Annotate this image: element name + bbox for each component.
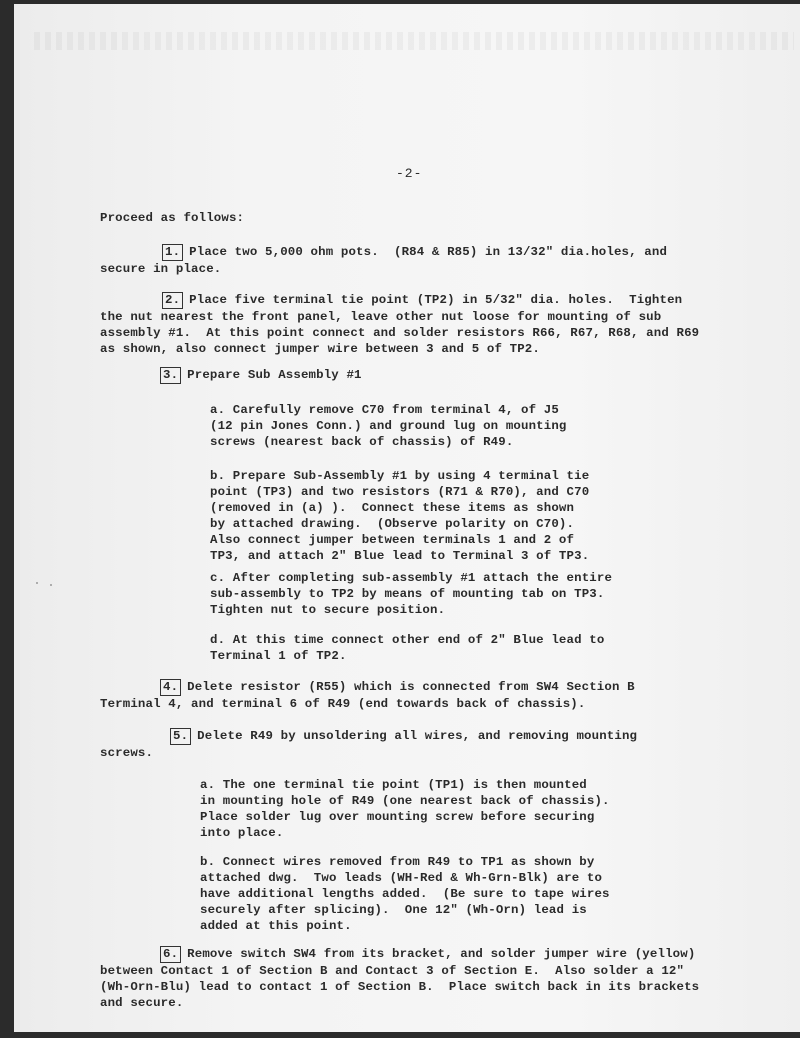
step-line: Prepare Sub Assembly #1 xyxy=(187,368,361,382)
step-number-box: 3. xyxy=(160,367,181,384)
substep-line: Place solder lug over mounting screw bef… xyxy=(200,810,594,824)
substep-line: securely after splicing). One 12" (Wh-Or… xyxy=(200,903,587,917)
substep-line: sub-assembly to TP2 by means of mounting… xyxy=(210,587,604,601)
step-line: and secure. xyxy=(100,996,183,1010)
substep-line: b. Prepare Sub-Assembly #1 by using 4 te… xyxy=(210,469,589,483)
substep-line: (12 pin Jones Conn.) and ground lug on m… xyxy=(210,419,567,433)
step-3a: a. Carefully remove C70 from terminal 4,… xyxy=(210,402,567,450)
step-number-box: 6. xyxy=(160,946,181,963)
document-page: -2- Proceed as follows: 1.Place two 5,00… xyxy=(14,4,800,1032)
step-number-box: 4. xyxy=(160,679,181,696)
step-line: the nut nearest the front panel, leave o… xyxy=(100,310,661,324)
step-line: Delete resistor (R55) which is connected… xyxy=(187,680,635,694)
step-3b: b. Prepare Sub-Assembly #1 by using 4 te… xyxy=(210,468,589,564)
step-number-box: 1. xyxy=(162,244,183,261)
substep-line: b. Connect wires removed from R49 to TP1… xyxy=(200,855,594,869)
scan-speck xyxy=(36,582,38,584)
step-1: 1.Place two 5,000 ohm pots. (R84 & R85) … xyxy=(100,244,667,277)
step-line: (Wh-Orn-Blu) lead to contact 1 of Sectio… xyxy=(100,980,699,994)
substep-line: in mounting hole of R49 (one nearest bac… xyxy=(200,794,610,808)
step-line: secure in place. xyxy=(100,262,221,276)
step-5b: b. Connect wires removed from R49 to TP1… xyxy=(200,854,610,934)
step-line: assembly #1. At this point connect and s… xyxy=(100,326,699,340)
substep-line: Terminal 1 of TP2. xyxy=(210,649,347,663)
step-number-box: 2. xyxy=(162,292,183,309)
step-line: Remove switch SW4 from its bracket, and … xyxy=(187,947,695,961)
step-line: as shown, also connect jumper wire betwe… xyxy=(100,342,540,356)
step-line: Delete R49 by unsoldering all wires, and… xyxy=(197,729,637,743)
step-2: 2.Place five terminal tie point (TP2) in… xyxy=(100,292,699,357)
substep-line: d. At this time connect other end of 2" … xyxy=(210,633,604,647)
substep-line: attached dwg. Two leads (WH-Red & Wh-Grn… xyxy=(200,871,602,885)
substep-line: TP3, and attach 2" Blue lead to Terminal… xyxy=(210,549,589,563)
intro-text: Proceed as follows: xyxy=(100,210,244,226)
substep-line: by attached drawing. (Observe polarity o… xyxy=(210,517,574,531)
step-5: 5.Delete R49 by unsoldering all wires, a… xyxy=(100,728,637,761)
page-number: -2- xyxy=(396,166,422,181)
bleed-through-text xyxy=(34,32,794,50)
step-line: Place five terminal tie point (TP2) in 5… xyxy=(189,293,682,307)
step-5a: a. The one terminal tie point (TP1) is t… xyxy=(200,777,610,841)
step-line: between Contact 1 of Section B and Conta… xyxy=(100,964,684,978)
substep-line: have additional lengths added. (Be sure … xyxy=(200,887,610,901)
step-line: Terminal 4, and terminal 6 of R49 (end t… xyxy=(100,697,585,711)
substep-line: added at this point. xyxy=(200,919,352,933)
substep-line: Also connect jumper between terminals 1 … xyxy=(210,533,574,547)
substep-line: c. After completing sub-assembly #1 atta… xyxy=(210,571,612,585)
scan-speck xyxy=(50,584,52,586)
substep-line: a. The one terminal tie point (TP1) is t… xyxy=(200,778,587,792)
substep-line: a. Carefully remove C70 from terminal 4,… xyxy=(210,403,559,417)
step-number-box: 5. xyxy=(170,728,191,745)
step-3d: d. At this time connect other end of 2" … xyxy=(210,632,604,664)
substep-line: into place. xyxy=(200,826,283,840)
step-4: 4.Delete resistor (R55) which is connect… xyxy=(100,679,635,712)
step-3: 3.Prepare Sub Assembly #1 xyxy=(160,367,362,384)
substep-line: Tighten nut to secure position. xyxy=(210,603,445,617)
step-line: screws. xyxy=(100,746,153,760)
step-line: Place two 5,000 ohm pots. (R84 & R85) in… xyxy=(189,245,667,259)
step-6: 6.Remove switch SW4 from its bracket, an… xyxy=(100,946,699,1011)
substep-line: point (TP3) and two resistors (R71 & R70… xyxy=(210,485,589,499)
step-3c: c. After completing sub-assembly #1 atta… xyxy=(210,570,612,618)
substep-line: (removed in (a) ). Connect these items a… xyxy=(210,501,574,515)
substep-line: screws (nearest back of chassis) of R49. xyxy=(210,435,513,449)
